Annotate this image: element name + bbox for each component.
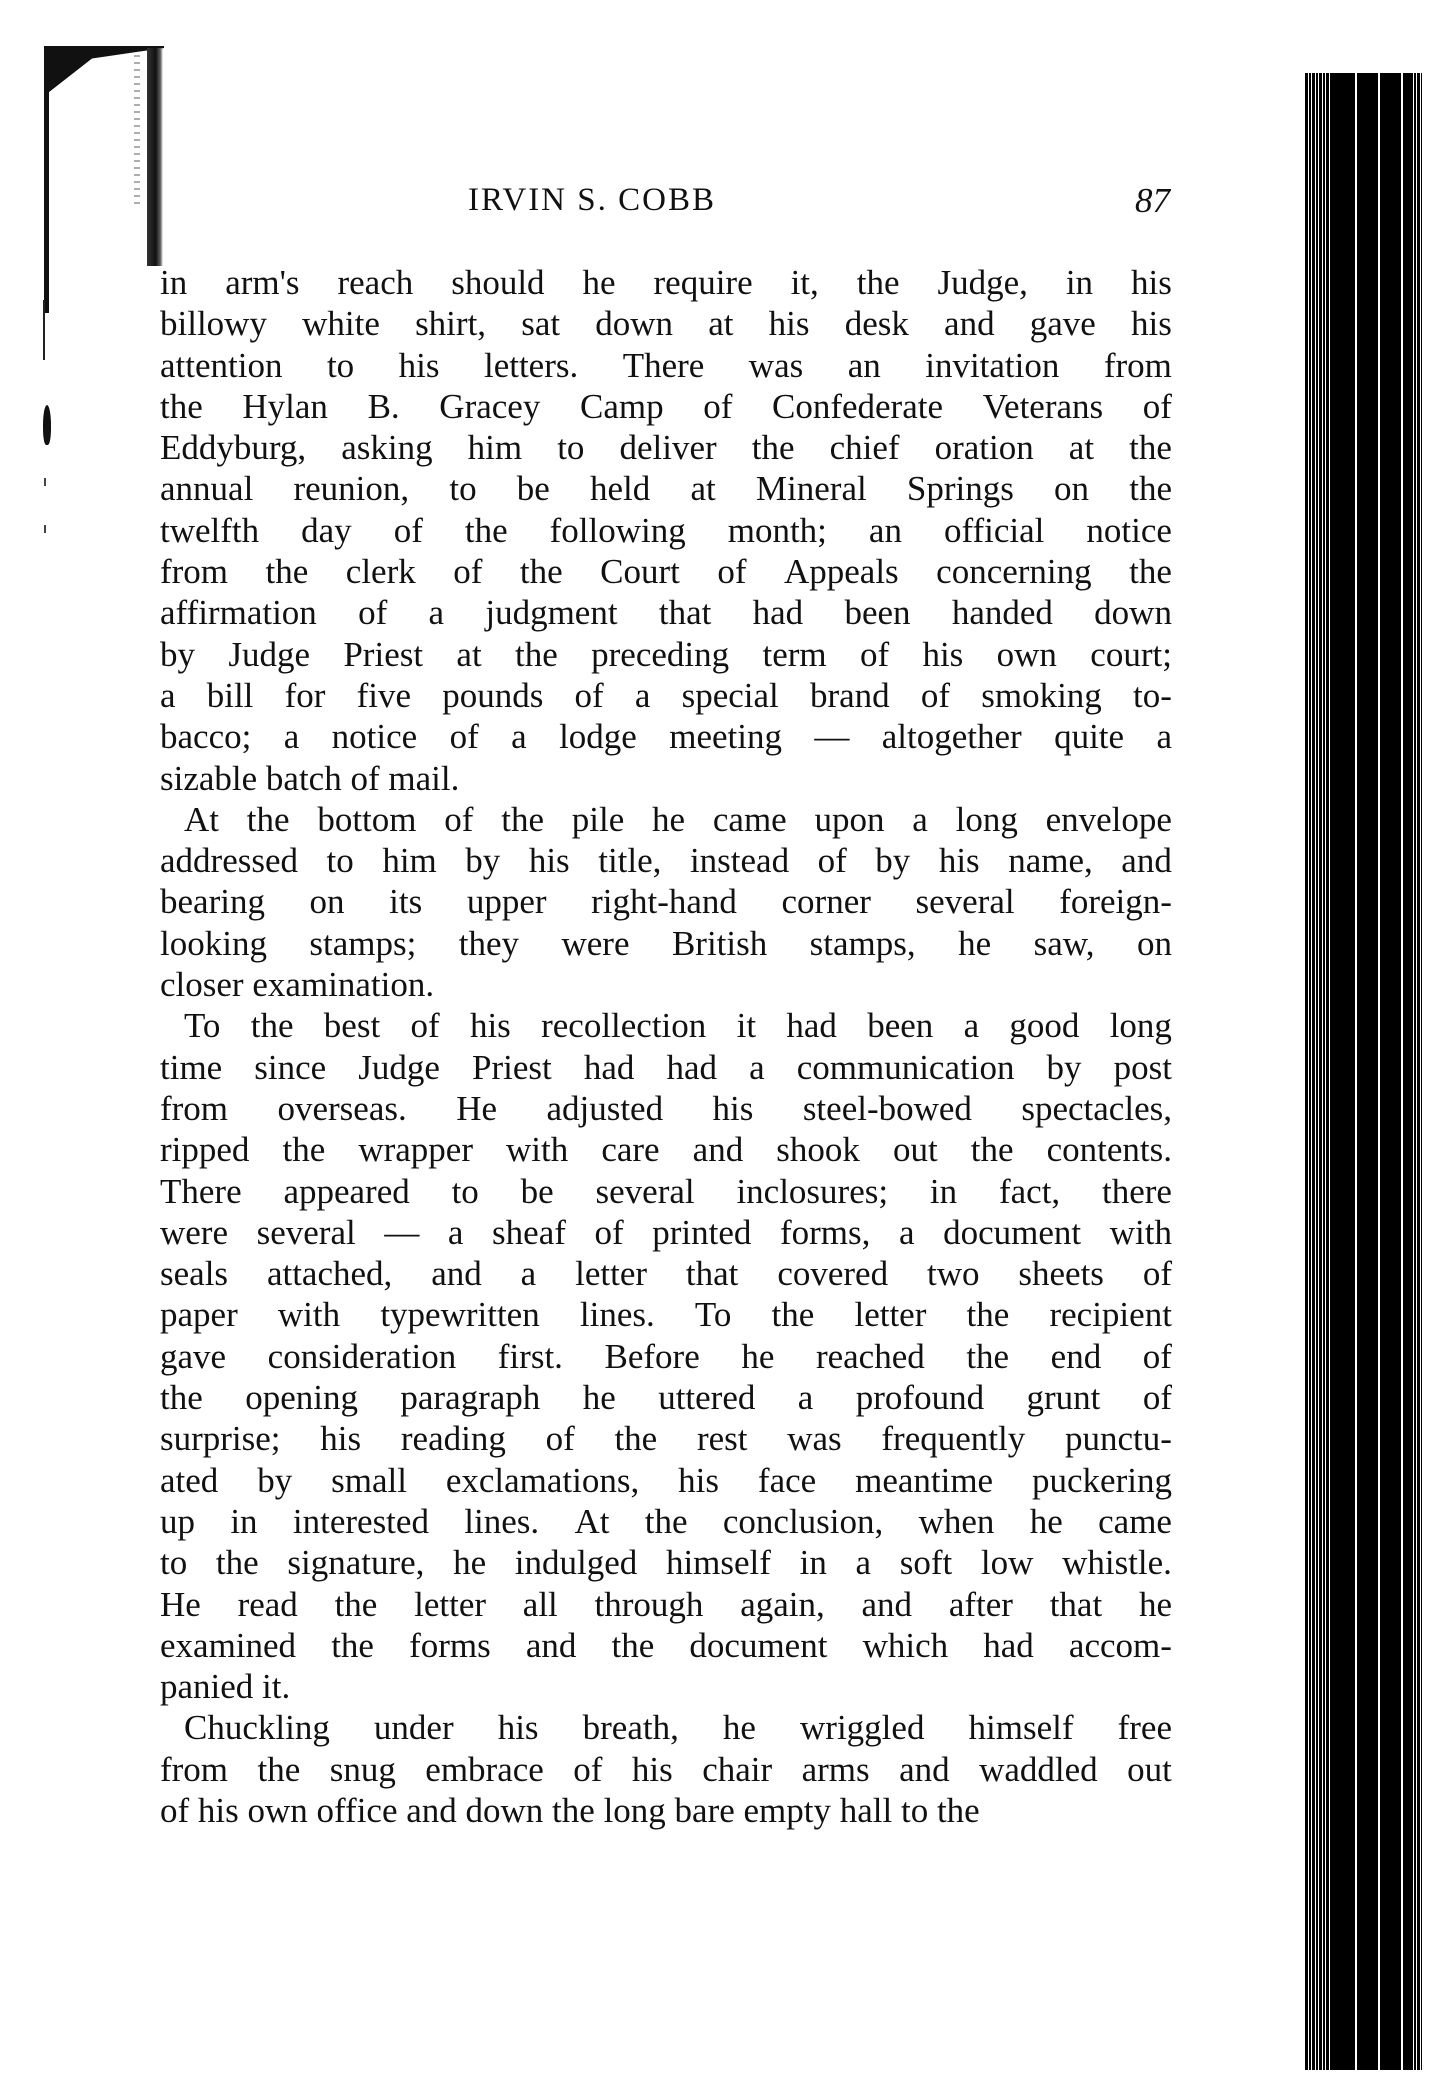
text-line: tothesignature,heindulgedhimselfinasoftl…	[160, 1542, 1172, 1583]
word: were	[160, 1212, 228, 1253]
word: contents.	[1047, 1129, 1172, 1170]
word: he	[1139, 1584, 1172, 1625]
word: he	[1030, 1501, 1063, 1542]
word: at	[1069, 427, 1094, 468]
word: bacco;	[160, 716, 251, 757]
word: the	[1129, 551, 1172, 592]
word: quite	[1054, 716, 1124, 757]
word: court;	[1090, 634, 1172, 675]
word: deliver	[619, 427, 716, 468]
header-author-title: IRVIN S. COBB	[468, 180, 716, 220]
word: punctu-	[1065, 1418, 1172, 1459]
scan-corner-artifact	[44, 46, 164, 96]
word: low	[981, 1542, 1034, 1583]
scan-left-mark	[43, 405, 51, 445]
word: and	[431, 1253, 482, 1294]
word: at	[690, 468, 715, 509]
text-line-words: inarm'sreachshouldherequireit,theJudge,i…	[160, 262, 1172, 303]
word: ripped	[160, 1129, 249, 1170]
word: day	[301, 510, 352, 551]
word: had	[786, 1005, 837, 1046]
word: best	[324, 1005, 380, 1046]
text-line-words: annualreunion,tobeheldatMineralSpringson…	[160, 468, 1172, 509]
word: consideration	[268, 1336, 457, 1377]
word: upon	[814, 799, 884, 840]
text-line: twelfthdayofthefollowingmonth;anofficial…	[160, 510, 1172, 551]
word: a	[160, 675, 176, 716]
word: that	[686, 1253, 738, 1294]
text-line: Thereappearedtobeseveralinclosures;infac…	[160, 1171, 1172, 1212]
word: himself	[666, 1542, 771, 1583]
text-line: wereseveral—asheafofprintedforms,adocume…	[160, 1212, 1172, 1253]
word: paper	[160, 1294, 238, 1335]
word: from	[160, 1749, 228, 1790]
word: for	[285, 675, 326, 716]
word: At	[574, 1501, 609, 1542]
body-text: inarm'sreachshouldherequireit,theJudge,i…	[160, 262, 1172, 1831]
word: it	[737, 1005, 756, 1046]
word: gave	[160, 1336, 226, 1377]
word: the	[266, 551, 309, 592]
word: down	[1094, 592, 1172, 633]
text-line-words: attentiontohisletters.Therewasaninvitati…	[160, 345, 1172, 386]
text-line-content: of his own office and down the long bare…	[160, 1790, 980, 1831]
word: he	[583, 262, 616, 303]
word: communication	[797, 1047, 1015, 1088]
text-line-words: bacco;anoticeofalodgemeeting—altogetherq…	[160, 716, 1172, 757]
word: in	[160, 262, 187, 303]
text-line-words: timesinceJudgePriesthadhadacommunication…	[160, 1047, 1172, 1088]
text-line-words: Thereappearedtobeseveralinclosures;infac…	[160, 1171, 1172, 1212]
word: the	[160, 1377, 203, 1418]
word: Before	[605, 1336, 700, 1377]
word: under	[374, 1707, 454, 1748]
text-line-words: theopeningparagraphheutteredaprofoundgru…	[160, 1377, 1172, 1418]
word: waddled	[979, 1749, 1098, 1790]
word: lodge	[559, 716, 637, 757]
text-line: bearingonitsupperright-handcornerseveral…	[160, 881, 1172, 922]
word: had	[666, 1047, 717, 1088]
word: was	[749, 345, 803, 386]
word: the	[258, 1749, 301, 1790]
word: in	[800, 1542, 827, 1583]
word: the	[966, 1336, 1009, 1377]
text-line-words: Eddyburg,askinghimtodeliverthechieforati…	[160, 427, 1172, 468]
word: meeting	[669, 716, 782, 757]
word: Judge,	[937, 262, 1027, 303]
word: breath,	[583, 1707, 679, 1748]
text-line-content: closer examination.	[160, 964, 434, 1005]
word: be	[521, 1171, 554, 1212]
word: altogether	[882, 716, 1022, 757]
word: letter	[854, 1294, 926, 1335]
word: He	[456, 1088, 497, 1129]
word: document	[943, 1212, 1081, 1253]
book-page: IRVIN S. COBB 87 inarm'sreachshouldhereq…	[0, 0, 1445, 2076]
word: of	[1143, 1253, 1172, 1294]
word: on	[1054, 468, 1089, 509]
word: his	[922, 634, 963, 675]
word: foreign-	[1059, 881, 1172, 922]
word: month;	[728, 510, 827, 551]
word: instead	[690, 840, 789, 881]
word: from	[160, 551, 228, 592]
word: of	[860, 634, 889, 675]
word: been	[844, 592, 910, 633]
text-line: attentiontohisletters.Therewasaninvitati…	[160, 345, 1172, 386]
word: of	[595, 1212, 624, 1253]
word: gave	[1030, 303, 1096, 344]
word: the	[335, 1584, 378, 1625]
word: overseas.	[277, 1088, 406, 1129]
text-line-words: atedbysmallexclamations,hisfacemeantimep…	[160, 1460, 1172, 1501]
word: recollection	[541, 1005, 706, 1046]
word: letter	[414, 1584, 486, 1625]
word: the	[614, 1418, 657, 1459]
word: his	[498, 1707, 539, 1748]
text-line: lookingstamps;theywereBritishstamps,hesa…	[160, 923, 1172, 964]
word: addressed	[160, 840, 298, 881]
word: down	[595, 303, 673, 344]
word: a	[448, 1212, 464, 1253]
text-line: Atthebottomofthepilehecameuponalongenvel…	[160, 799, 1172, 840]
scan-dot	[44, 525, 46, 533]
word: came	[713, 799, 787, 840]
word: rest	[697, 1418, 748, 1459]
word: and	[693, 1129, 744, 1170]
word: in	[930, 1171, 957, 1212]
word: invitation	[925, 345, 1059, 386]
word: corner	[782, 881, 871, 922]
word: the	[752, 427, 795, 468]
word: Court	[600, 551, 680, 592]
word: wrapper	[358, 1129, 473, 1170]
text-line-words: paperwithtypewrittenlines.Totheletterthe…	[160, 1294, 1172, 1335]
word: special	[682, 675, 779, 716]
text-line: inarm'sreachshouldherequireit,theJudge,i…	[160, 262, 1172, 303]
word: his	[470, 1005, 511, 1046]
scan-gutter-speckle	[134, 55, 140, 205]
word: smoking	[981, 675, 1102, 716]
word: there	[1102, 1171, 1172, 1212]
word: sheaf	[492, 1212, 566, 1253]
word: Camp	[580, 386, 664, 427]
word: soft	[900, 1542, 953, 1583]
word: up	[160, 1501, 195, 1542]
word: an	[848, 345, 881, 386]
word: after	[949, 1584, 1013, 1625]
word: were	[561, 923, 629, 964]
word: pounds	[442, 675, 543, 716]
word: by	[875, 840, 910, 881]
word: name,	[1008, 840, 1093, 881]
word: his	[1131, 303, 1172, 344]
word: spectacles,	[1021, 1088, 1172, 1129]
word: out	[893, 1129, 938, 1170]
word: to	[327, 840, 354, 881]
word: Gracey	[439, 386, 540, 427]
text-line: Chucklingunderhisbreath,hewriggledhimsel…	[160, 1707, 1172, 1748]
word: and	[899, 1749, 950, 1790]
word: he	[723, 1707, 756, 1748]
word: a	[521, 1253, 537, 1294]
word: the	[331, 1625, 374, 1666]
word: he	[453, 1542, 486, 1583]
word: of	[450, 716, 479, 757]
word: time	[160, 1047, 222, 1088]
word: he	[958, 923, 991, 964]
word: brand	[810, 675, 890, 716]
word: to	[452, 1171, 479, 1212]
text-line-words: affirmationofajudgmentthathadbeenhandedd…	[160, 592, 1172, 633]
word: Judge	[228, 634, 310, 675]
word: reach	[337, 262, 413, 303]
word: by	[1047, 1047, 1082, 1088]
word: accom-	[1069, 1625, 1172, 1666]
word: the	[251, 1005, 294, 1046]
word: small	[331, 1460, 407, 1501]
text-line-words: wereseveral—asheafofprintedforms,adocume…	[160, 1212, 1172, 1253]
word: grunt	[1027, 1377, 1101, 1418]
word: indulged	[515, 1542, 637, 1583]
word: should	[451, 262, 544, 303]
text-line: sizable batch of mail.	[160, 758, 1172, 799]
word: ated	[160, 1460, 218, 1501]
word: several	[915, 881, 1014, 922]
word: of	[453, 551, 482, 592]
paragraph: Atthebottomofthepilehecameuponalongenvel…	[160, 799, 1172, 1005]
word: again,	[740, 1584, 825, 1625]
word: at	[708, 303, 733, 344]
word: with	[1110, 1212, 1172, 1253]
word: forms	[409, 1625, 491, 1666]
word: he	[652, 799, 685, 840]
word: two	[927, 1253, 980, 1294]
word: since	[254, 1047, 326, 1088]
word: to	[327, 345, 354, 386]
word: he	[583, 1377, 616, 1418]
word: pile	[572, 799, 624, 840]
word: on	[1137, 923, 1172, 964]
word: attached,	[267, 1253, 392, 1294]
text-line: closer examination.	[160, 964, 1172, 1005]
word: right-hand	[591, 881, 737, 922]
word: by	[257, 1460, 292, 1501]
word: good	[1009, 1005, 1079, 1046]
word: a	[798, 1377, 814, 1418]
word: of	[444, 799, 473, 840]
text-line: of his own office and down the long bare…	[160, 1790, 1172, 1831]
word: a	[429, 592, 445, 633]
word: his	[939, 840, 980, 881]
word: the	[967, 1294, 1010, 1335]
word: be	[517, 468, 550, 509]
word: adjusted	[546, 1088, 663, 1129]
text-line: rippedthewrapperwithcareandshookouttheco…	[160, 1129, 1172, 1170]
text-line-words: bearingonitsupperright-handcornerseveral…	[160, 881, 1172, 922]
word: on	[310, 881, 345, 922]
word: To	[695, 1294, 731, 1335]
word: his	[769, 303, 810, 344]
text-line-words: closer examination.	[160, 964, 1172, 1005]
word: own	[997, 634, 1057, 675]
text-line: theopeningparagraphheutteredaprofoundgru…	[160, 1377, 1172, 1418]
word: his	[632, 1749, 673, 1790]
word: himself	[969, 1707, 1074, 1748]
word: with	[506, 1129, 568, 1170]
word: a	[899, 1212, 915, 1253]
paragraph: Chucklingunderhisbreath,hewriggledhimsel…	[160, 1707, 1172, 1831]
paragraph: Tothebestofhisrecollectionithadbeenagood…	[160, 1005, 1172, 1707]
edge-stripe-block	[1381, 73, 1411, 2070]
word: a	[912, 799, 928, 840]
word: arms	[802, 1749, 870, 1790]
word: lines.	[464, 1501, 539, 1542]
text-line-words: gaveconsiderationfirst.Beforehereachedth…	[160, 1336, 1172, 1377]
word: asking	[341, 427, 432, 468]
word: by	[160, 634, 195, 675]
text-line-words: twelfthdayofthefollowingmonth;anofficial…	[160, 510, 1172, 551]
word: of	[358, 592, 387, 633]
word: preceding	[591, 634, 729, 675]
word: interested	[293, 1501, 429, 1542]
word: official	[944, 510, 1044, 551]
word: his	[1131, 262, 1172, 303]
text-line-words: Tothebestofhisrecollectionithadbeenagood…	[184, 1005, 1172, 1046]
word: and	[862, 1584, 913, 1625]
word: that	[659, 592, 711, 633]
text-line-words: panied it.	[160, 1666, 1172, 1707]
word: care	[601, 1129, 659, 1170]
text-line: Tothebestofhisrecollectionithadbeenagood…	[160, 1005, 1172, 1046]
scan-dot	[44, 478, 46, 486]
text-line: gaveconsiderationfirst.Beforehereachedth…	[160, 1336, 1172, 1377]
word: of	[1143, 1377, 1172, 1418]
word: was	[787, 1418, 841, 1459]
text-line-words: fromthesnugembraceofhischairarmsandwaddl…	[160, 1749, 1172, 1790]
text-line: timesinceJudgePriesthadhadacommunication…	[160, 1047, 1172, 1088]
word: sheets	[1018, 1253, 1104, 1294]
text-line-content: sizable batch of mail.	[160, 758, 459, 799]
word: the	[971, 1129, 1014, 1170]
text-line-content: panied it.	[160, 1666, 290, 1707]
word: the	[216, 1542, 259, 1583]
text-line-words: upininterestedlines.Attheconclusion,when…	[160, 1501, 1172, 1542]
word: seals	[160, 1253, 228, 1294]
running-header: IRVIN S. COBB 87	[160, 180, 1170, 220]
word: had	[753, 592, 804, 633]
text-line: surprise;hisreadingoftherestwasfrequentl…	[160, 1418, 1172, 1459]
word: frequently	[881, 1418, 1025, 1459]
text-line: panied it.	[160, 1666, 1172, 1707]
word: the	[1129, 427, 1172, 468]
text-line-words: lookingstamps;theywereBritishstamps,hesa…	[160, 923, 1172, 964]
word: in	[230, 1501, 257, 1542]
word: of	[394, 510, 423, 551]
word: of	[818, 840, 847, 881]
word: long	[1110, 1005, 1172, 1046]
word: handed	[952, 592, 1053, 633]
word: twelfth	[160, 510, 259, 551]
word: of	[410, 1005, 439, 1046]
word: a	[856, 1542, 872, 1583]
text-line: Hereadtheletterallthroughagain,andaftert…	[160, 1584, 1172, 1625]
word: of	[573, 1749, 602, 1790]
word: it,	[791, 262, 819, 303]
word: printed	[652, 1212, 751, 1253]
word: a	[635, 675, 651, 716]
word: title,	[598, 840, 661, 881]
word: had	[584, 1047, 635, 1088]
text-line-words: tothesignature,heindulgedhimselfinasoftl…	[160, 1542, 1172, 1583]
word: him	[382, 840, 436, 881]
word: annual	[160, 468, 253, 509]
word: judgment	[485, 592, 617, 633]
word: first.	[498, 1336, 563, 1377]
word: stamps;	[309, 923, 416, 964]
word: term	[762, 634, 826, 675]
text-line: fromoverseas.Headjustedhissteel-bowedspe…	[160, 1088, 1172, 1129]
word: the	[282, 1129, 325, 1170]
word: letter	[575, 1253, 647, 1294]
word: stamps,	[810, 923, 916, 964]
word: to	[557, 427, 584, 468]
word: appeared	[283, 1171, 409, 1212]
word: the	[247, 799, 290, 840]
word: free	[1118, 1707, 1172, 1748]
word: chief	[830, 427, 900, 468]
text-line-words: surprise;hisreadingoftherestwasfrequentl…	[160, 1418, 1172, 1459]
word: surprise;	[160, 1418, 281, 1459]
text-line: affirmationofajudgmentthathadbeenhandedd…	[160, 592, 1172, 633]
word: the	[465, 510, 508, 551]
word: the	[501, 799, 544, 840]
word: reunion,	[293, 468, 409, 509]
word: Confederate	[772, 386, 943, 427]
word: and	[1121, 840, 1172, 881]
word: —	[814, 716, 849, 757]
edge-stripe-gap	[1355, 73, 1357, 2070]
word: a	[1156, 716, 1172, 757]
word: a	[749, 1047, 765, 1088]
word: when	[919, 1501, 995, 1542]
scan-gutter-shadow	[147, 48, 163, 266]
word: bottom	[317, 799, 416, 840]
word: of	[703, 386, 732, 427]
word: concerning	[936, 551, 1091, 592]
word: He	[160, 1584, 201, 1625]
word: embrace	[425, 1749, 544, 1790]
word: of	[546, 1418, 575, 1459]
word: read	[238, 1584, 298, 1625]
word: conclusion,	[723, 1501, 883, 1542]
word: white	[302, 303, 380, 344]
word: typewritten	[380, 1294, 539, 1335]
word: whistle.	[1062, 1542, 1172, 1583]
word: Priest	[472, 1047, 552, 1088]
word: he	[741, 1336, 774, 1377]
word: his	[713, 1088, 754, 1129]
word: notice	[1086, 510, 1172, 551]
text-line-words: billowywhiteshirt,satdownathisdeskandgav…	[160, 303, 1172, 344]
paragraph: inarm'sreachshouldherequireit,theJudge,i…	[160, 262, 1172, 799]
word: To	[184, 1005, 220, 1046]
word: following	[550, 510, 686, 551]
word: wriggled	[800, 1707, 924, 1748]
text-line-words: theHylanB.GraceyCampofConfederateVeteran…	[160, 386, 1172, 427]
text-line-words: fromoverseas.Headjustedhissteel-bowedspe…	[160, 1088, 1172, 1129]
edge-stripe-block	[1332, 73, 1354, 2070]
